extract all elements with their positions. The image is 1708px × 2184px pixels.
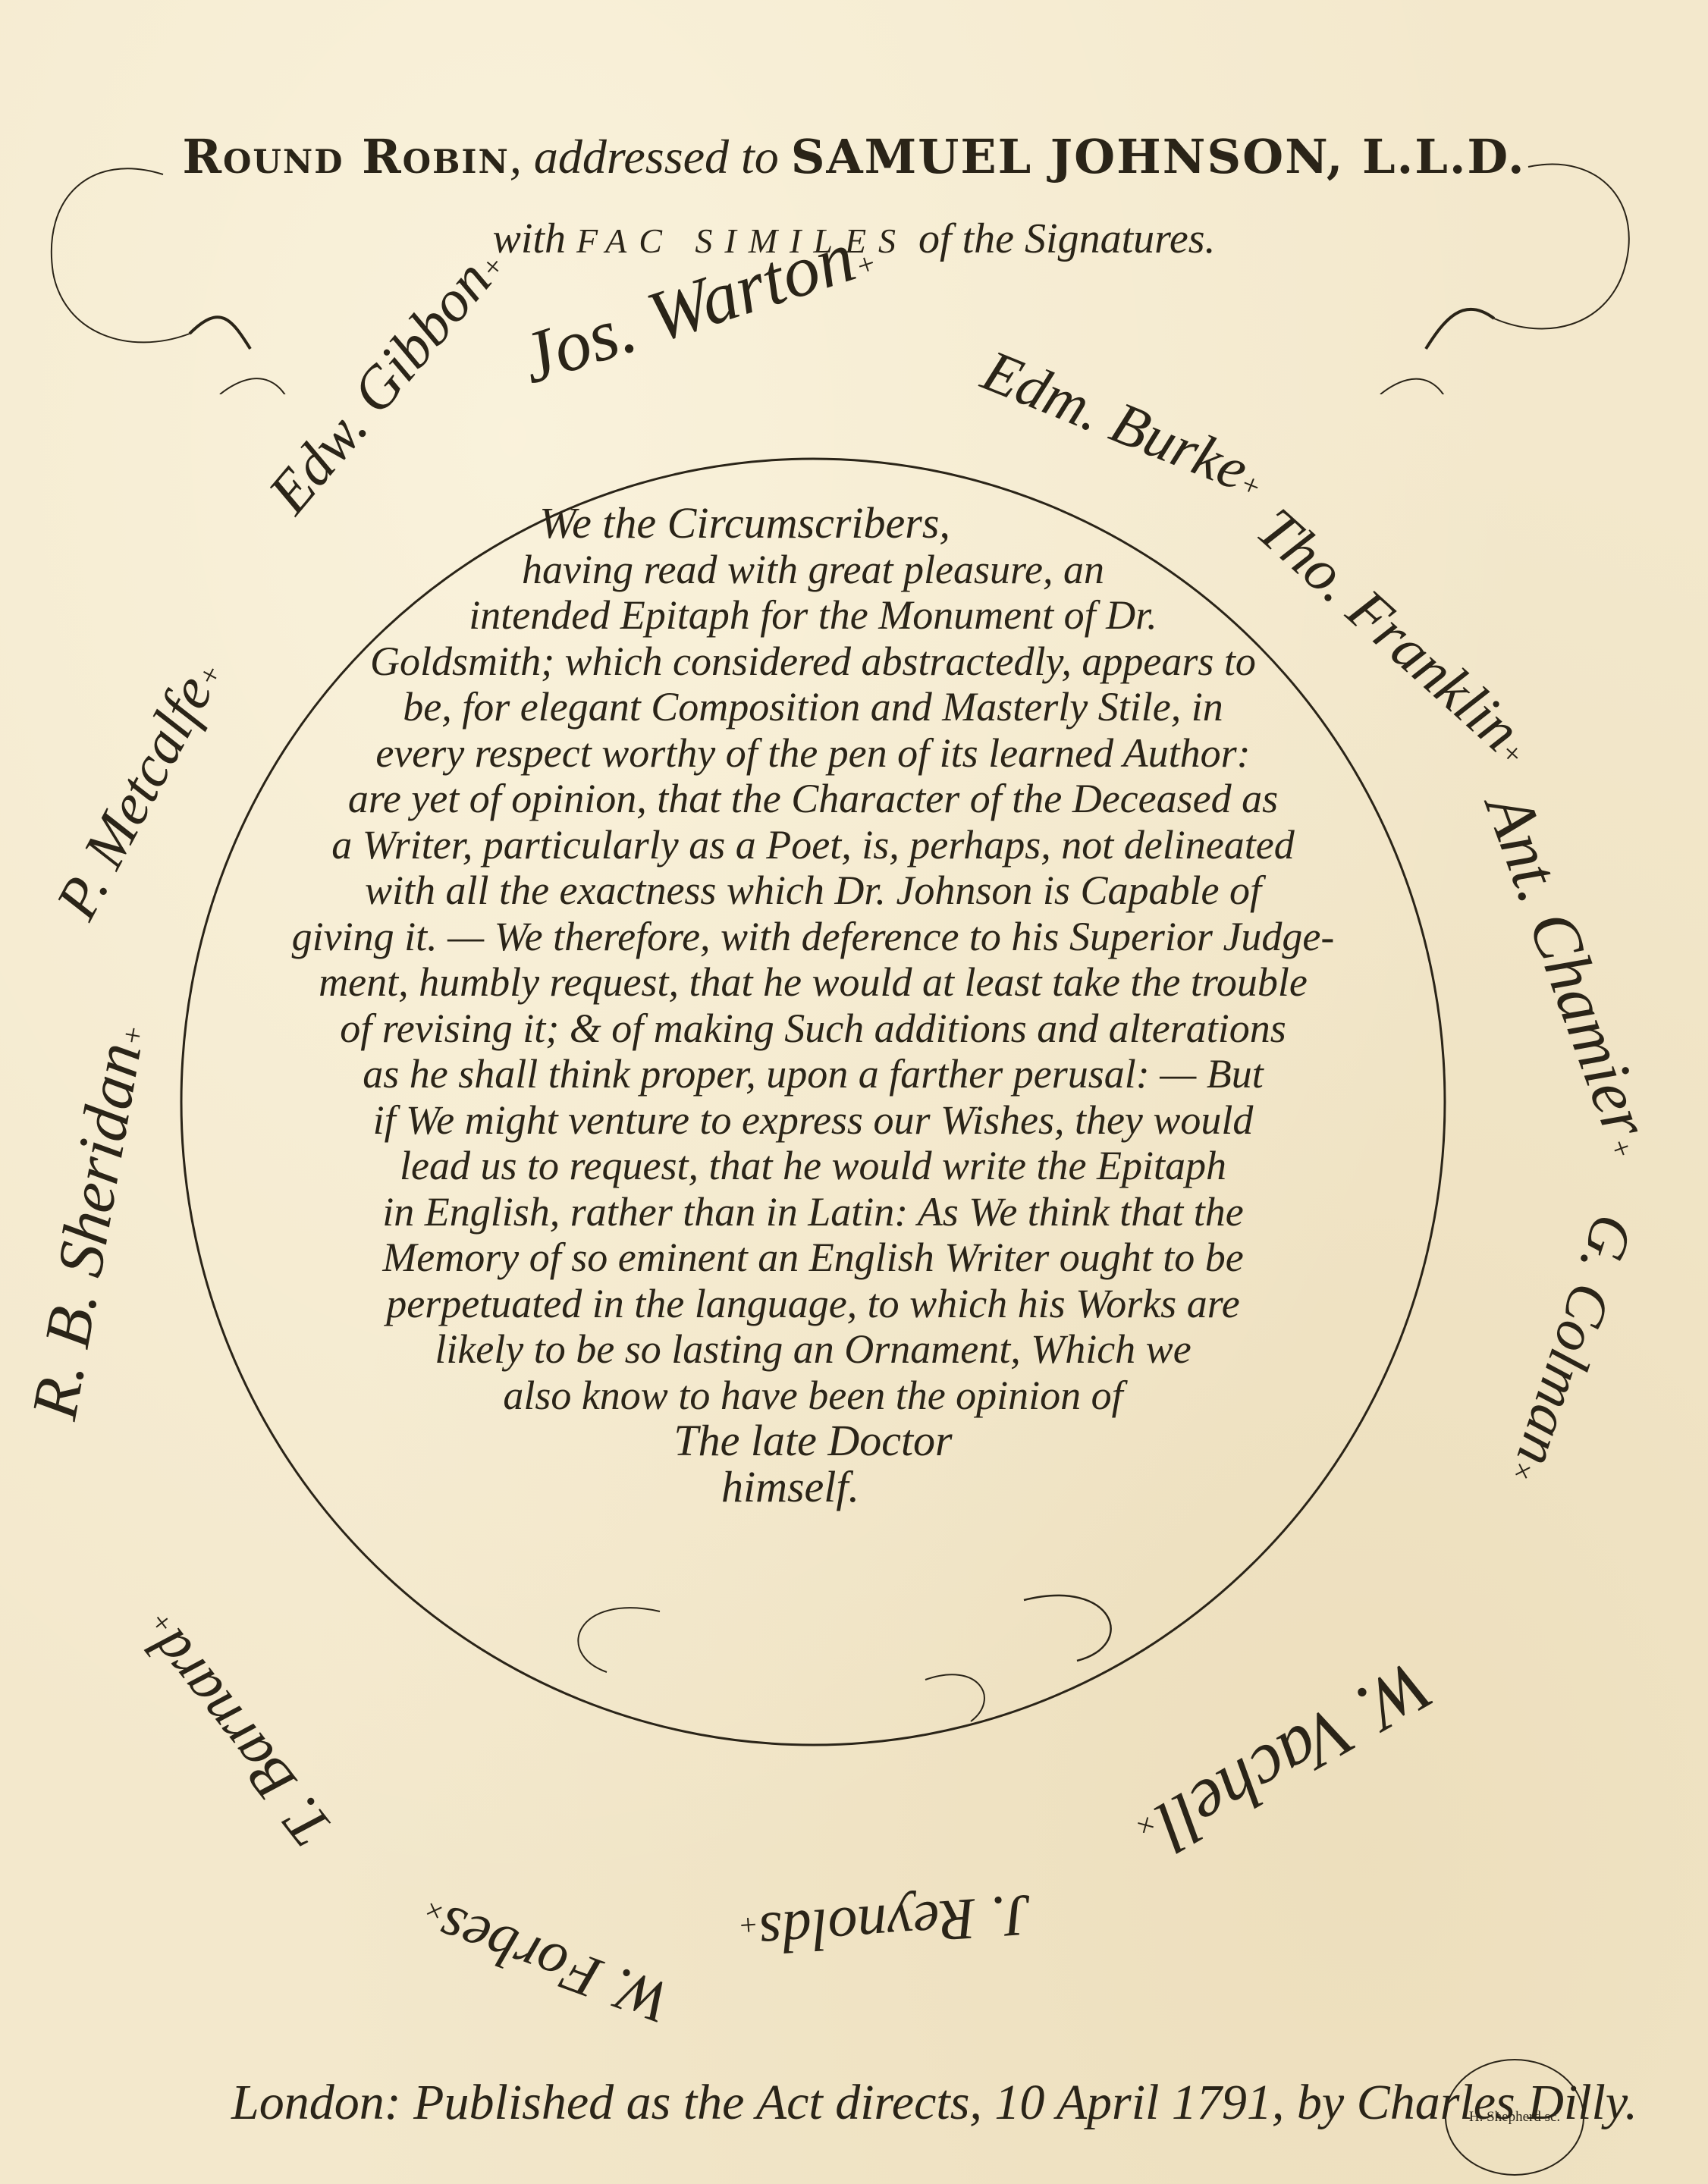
epitaph-line: a Writer, particularly as a Poet, is, pe…: [181, 822, 1446, 868]
publisher-imprint: London: Published as the Act directs, 10…: [231, 2074, 1637, 2132]
separator-mark: +: [737, 1907, 760, 1943]
epitaph-line: if We might venture to express our Wishe…: [181, 1097, 1446, 1144]
epitaph-line: Goldsmith; which considered abstractedly…: [181, 639, 1446, 685]
epitaph-line: perpetuated in the language, to which hi…: [181, 1281, 1446, 1327]
engraver-seal: H. Shepherd sc.: [1445, 2059, 1584, 2176]
epitaph-line: intended Epitaph for the Monument of Dr.: [181, 592, 1446, 639]
engraver-credit: H. Shepherd sc.: [1469, 2109, 1560, 2126]
epitaph-line: lead us to request, that he would write …: [181, 1143, 1446, 1189]
epitaph-line: giving it. — We therefore, with deferenc…: [181, 914, 1446, 960]
epitaph-line: likely to be so lasting an Ornament, Whi…: [181, 1326, 1446, 1373]
epitaph-line: himself.: [181, 1464, 1446, 1511]
epitaph-line: of revising it; & of making Such additio…: [181, 1006, 1446, 1052]
epitaph-line: ment, humbly request, that he would at l…: [181, 959, 1446, 1006]
epitaph-line: every respect worthy of the pen of its l…: [181, 730, 1446, 777]
epitaph-line: Memory of so eminent an English Writer o…: [181, 1235, 1446, 1281]
epitaph-line: also know to have been the opinion of: [181, 1373, 1446, 1419]
epitaph-line: be, for elegant Composition and Masterly…: [181, 684, 1446, 730]
epitaph-body: We the Circumscribers, having read with …: [181, 500, 1446, 1510]
epitaph-line: with all the exactness which Dr. Johnson…: [181, 868, 1446, 914]
epitaph-line: in English, rather than in Latin: As We …: [181, 1189, 1446, 1235]
epitaph-line: The late Doctor: [181, 1418, 1446, 1464]
epitaph-line: as he shall think proper, upon a farther…: [181, 1051, 1446, 1097]
epitaph-line: are yet of opinion, that the Character o…: [181, 776, 1446, 822]
